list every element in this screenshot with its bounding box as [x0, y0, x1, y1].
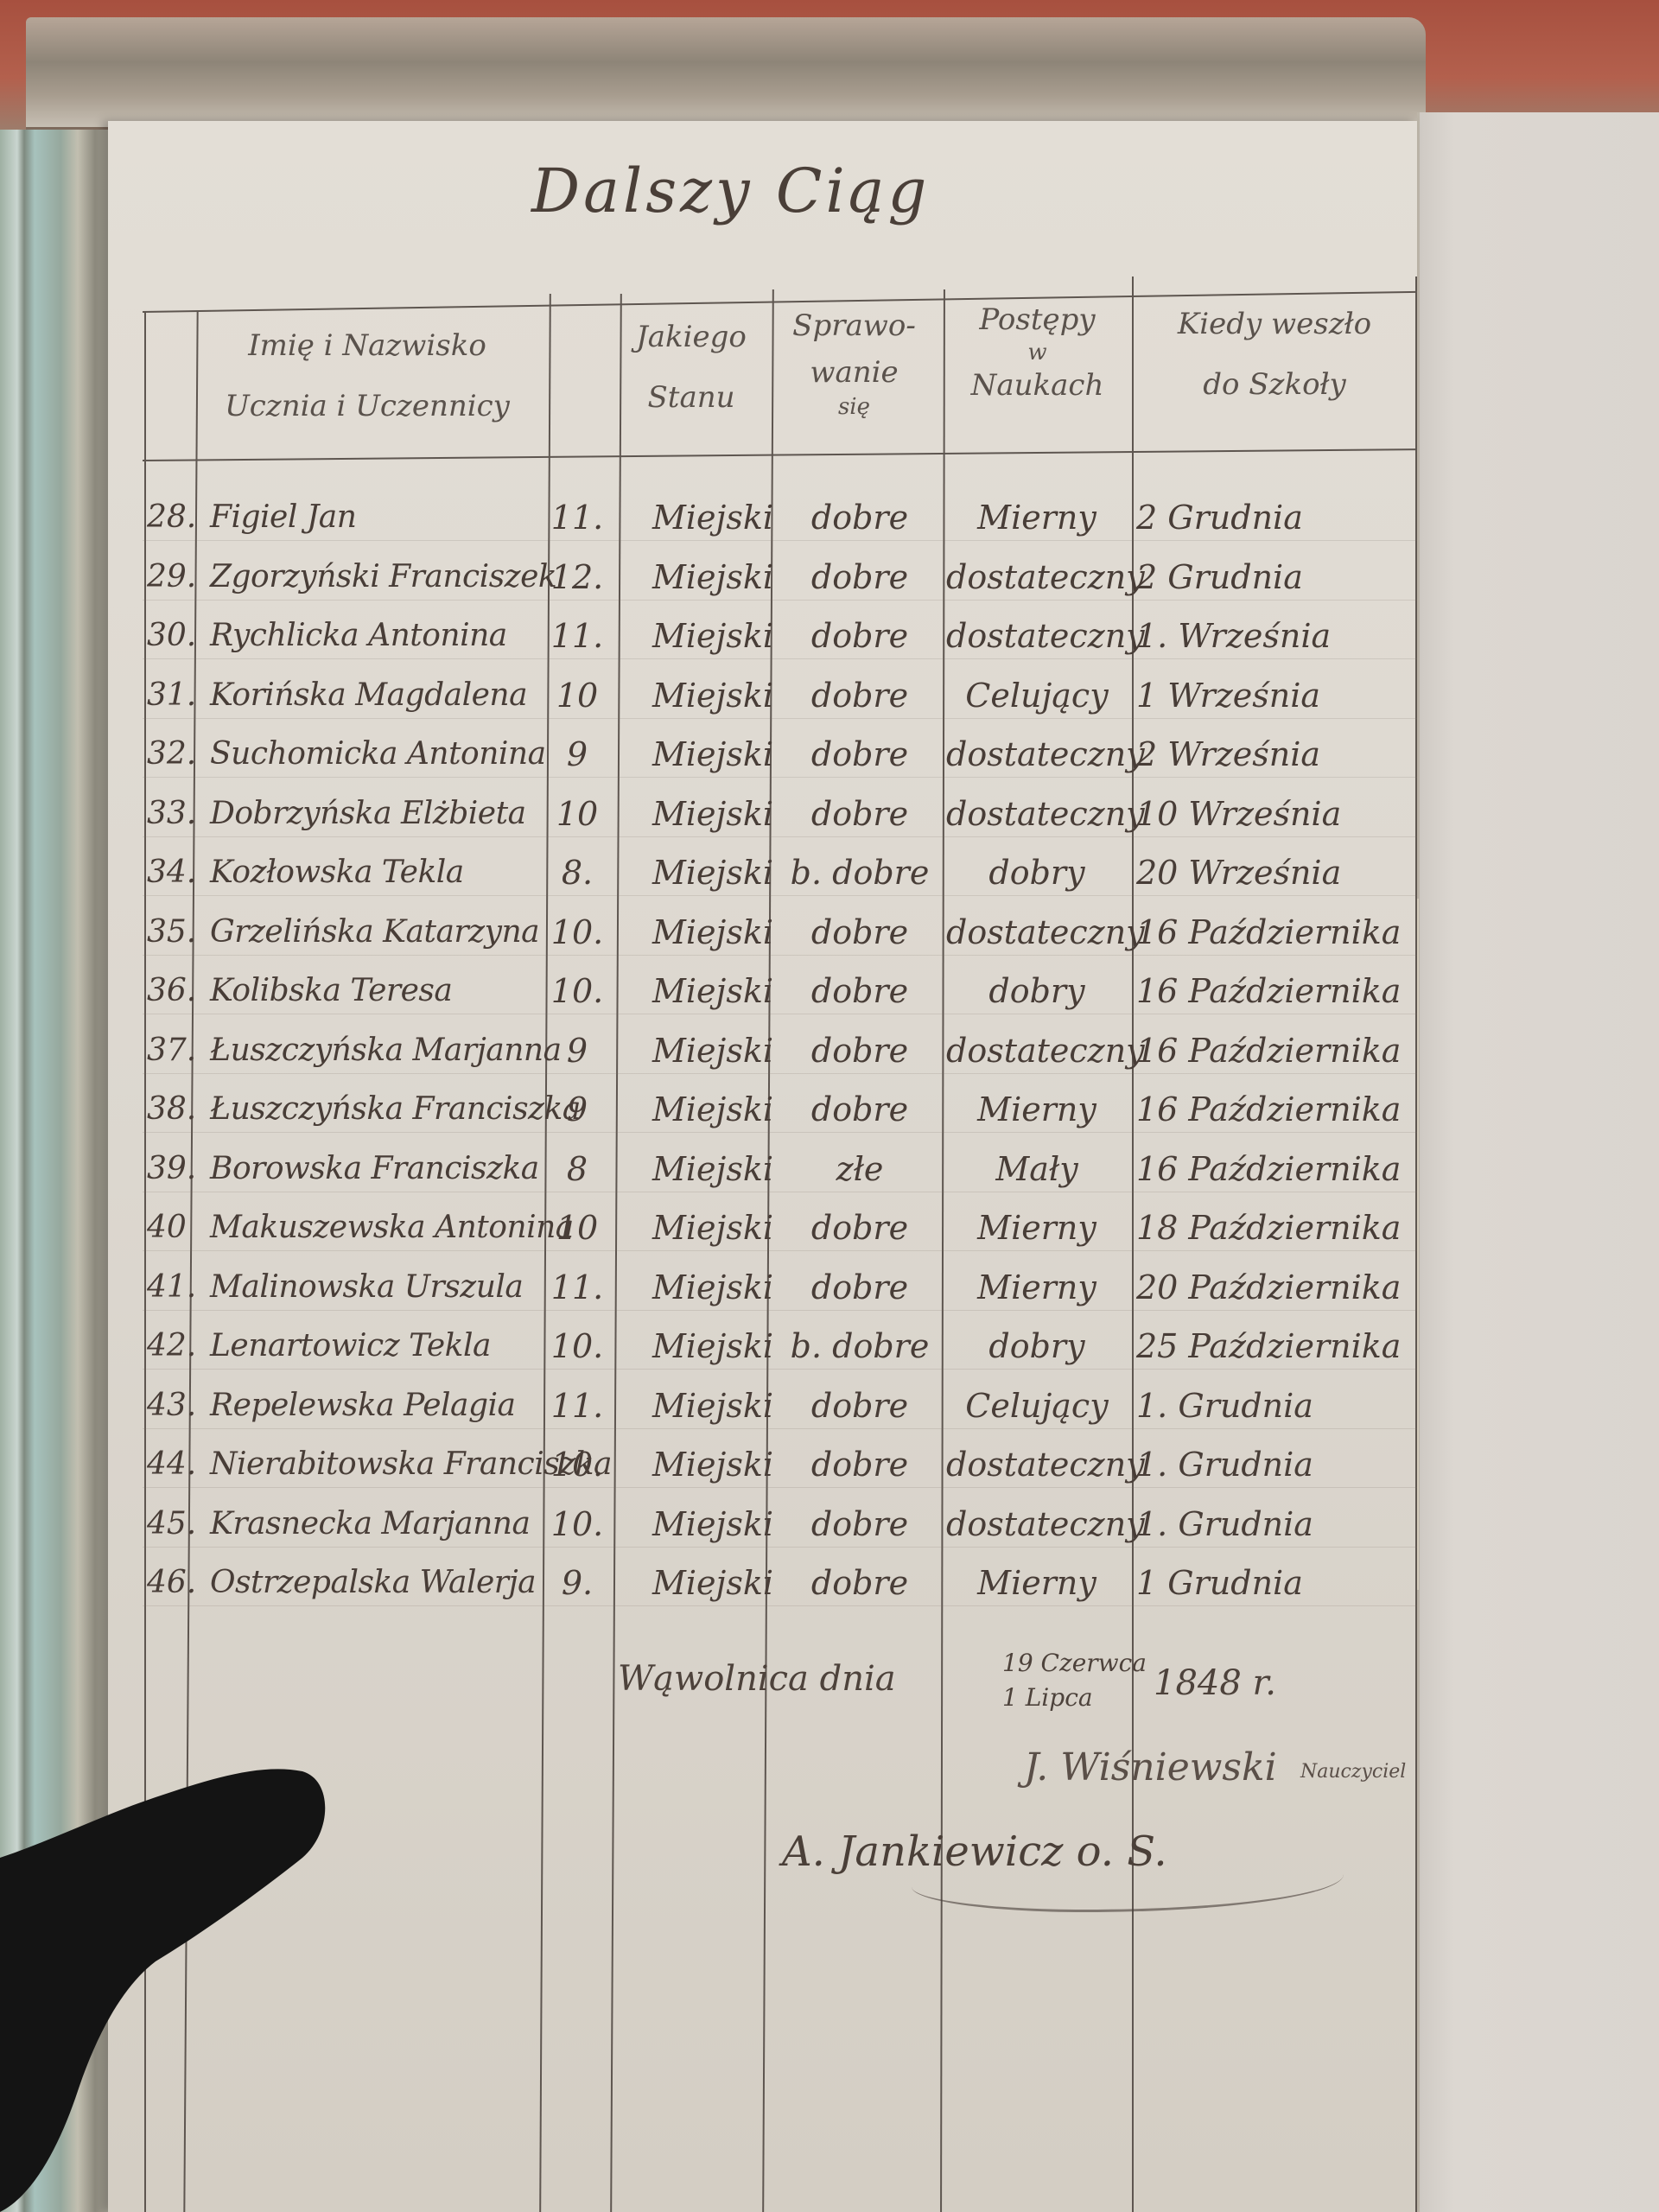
cell-name: Lenartowicz Tekla	[210, 1317, 694, 1376]
footer-year: 1848 r.	[1154, 1663, 1276, 1703]
cell-class: Miejski	[639, 1435, 786, 1494]
cell-entered: 18 Października	[1136, 1198, 1413, 1257]
cell-progress: Mierny	[946, 488, 1128, 547]
cell-age: 11.	[547, 1376, 607, 1435]
cell-no: 39.	[147, 1140, 207, 1198]
cell-class: Miejski	[639, 1021, 786, 1080]
torn-page-stack	[26, 17, 1426, 130]
binding-thread	[1417, 899, 1427, 1590]
table-row: 41.Malinowska Urszula11.MiejskidobreMier…	[108, 1258, 1417, 1317]
cell-progress: dostateczny	[946, 548, 1128, 607]
cell-class: Miejski	[639, 785, 786, 843]
cell-no: 44.	[147, 1435, 207, 1494]
cell-progress: Celujący	[946, 666, 1128, 725]
cell-age: 8.	[547, 843, 607, 902]
cell-entered: 2 Września	[1136, 725, 1413, 784]
cell-no: 40	[147, 1198, 207, 1257]
cell-class: Miejski	[639, 1080, 786, 1139]
table-row: 36.Kolibska Teresa10.Miejskidobredobry16…	[108, 962, 1417, 1020]
cell-entered: 2 Grudnia	[1136, 488, 1413, 547]
cell-name: Malinowska Urszula	[210, 1258, 694, 1317]
cell-progress: dobry	[946, 962, 1128, 1020]
cell-entered: 1 Września	[1136, 666, 1413, 725]
cell-name: Borowska Franciszka	[210, 1140, 694, 1198]
cell-no: 43.	[147, 1376, 207, 1435]
cell-class: Miejski	[639, 548, 786, 607]
signature-flourish	[912, 1849, 1344, 1912]
cell-age: 10.	[547, 962, 607, 1020]
cell-name: Figiel Jan	[210, 488, 694, 547]
cell-name: Korińska Magdalena	[210, 666, 694, 725]
cell-age: 10	[547, 1198, 607, 1257]
cell-no: 29.	[147, 548, 207, 607]
cell-progress: dostateczny	[946, 785, 1128, 843]
facing-blank-page	[1417, 112, 1659, 2212]
cell-entered: 1. Września	[1136, 607, 1413, 665]
cell-class: Miejski	[639, 962, 786, 1020]
header-entered: Kiedy weszło do Szkoły	[1136, 294, 1413, 415]
cell-name: Zgorzyński Franciszek	[210, 548, 694, 607]
cell-no: 28.	[147, 488, 207, 547]
cell-class: Miejski	[639, 725, 786, 784]
cell-name: Kozłowska Tekla	[210, 843, 694, 902]
cell-class: Miejski	[639, 903, 786, 962]
gloved-finger-icon	[0, 1763, 328, 2212]
cell-progress: dostateczny	[946, 725, 1128, 784]
cell-class: Miejski	[639, 1376, 786, 1435]
cell-behavior: dobre	[773, 1198, 946, 1257]
cell-no: 30.	[147, 607, 207, 665]
cell-no: 37.	[147, 1021, 207, 1080]
table-row: 30.Rychlicka Antonina11.Miejskidobredost…	[108, 607, 1417, 665]
cell-age: 8	[547, 1140, 607, 1198]
cell-name: Suchomicka Antonina	[210, 725, 694, 784]
cell-progress: Mierny	[946, 1258, 1128, 1317]
cell-behavior: złe	[773, 1140, 946, 1198]
header-name: Imię i Nazwisko Ucznia i Uczennicy	[194, 315, 540, 436]
cell-class: Miejski	[639, 1495, 786, 1554]
cell-behavior: dobre	[773, 488, 946, 547]
cell-age: 10.	[547, 1435, 607, 1494]
cell-behavior: dobre	[773, 785, 946, 843]
table-row: 39.Borowska Franciszka8MiejskizłeMały16 …	[108, 1140, 1417, 1198]
cell-name: Rychlicka Antonina	[210, 607, 694, 665]
cell-behavior: dobre	[773, 666, 946, 725]
cell-age: 9.	[547, 1554, 607, 1612]
table-row: 31.Korińska Magdalena10MiejskidobreCeluj…	[108, 666, 1417, 725]
table-row: 28.Figiel Jan11.MiejskidobreMierny2 Grud…	[108, 488, 1417, 547]
cell-entered: 20 Września	[1136, 843, 1413, 902]
cell-name: Repelewska Pelagia	[210, 1376, 694, 1435]
cell-entered: 16 Października	[1136, 1080, 1413, 1139]
header-behavior: Sprawo- wanie się	[770, 302, 938, 418]
cell-age: 10	[547, 666, 607, 725]
table-row: 35.Grzelińska Katarzyna10.Miejskidobredo…	[108, 903, 1417, 962]
cell-class: Miejski	[639, 1554, 786, 1612]
cell-class: Miejski	[639, 666, 786, 725]
cell-progress: Mały	[946, 1140, 1128, 1198]
cell-age: 9	[547, 1021, 607, 1080]
cell-age: 10	[547, 785, 607, 843]
cell-no: 42.	[147, 1317, 207, 1376]
cell-name: Łuszczyńska Franciszka	[210, 1080, 694, 1139]
cell-progress: dostateczny	[946, 607, 1128, 665]
table-row: 45.Krasnecka Marjanna10.Miejskidobredost…	[108, 1495, 1417, 1554]
cell-age: 10.	[547, 1495, 607, 1554]
cell-no: 38.	[147, 1080, 207, 1139]
table-row: 38.Łuszczyńska Franciszka9MiejskidobreMi…	[108, 1080, 1417, 1139]
cell-no: 36.	[147, 962, 207, 1020]
cell-entered: 16 Października	[1136, 903, 1413, 962]
cell-age: 12.	[547, 548, 607, 607]
footer-date-top: 19 Czerwca	[1002, 1649, 1147, 1677]
cell-name: Makuszewska Antonina	[210, 1198, 694, 1257]
cell-name: Łuszczyńska Marjanna	[210, 1021, 694, 1080]
cell-entered: 2 Grudnia	[1136, 548, 1413, 607]
cell-entered: 20 Października	[1136, 1258, 1413, 1317]
cell-age: 11.	[547, 607, 607, 665]
cell-behavior: dobre	[773, 1080, 946, 1139]
cell-age: 9	[547, 725, 607, 784]
footer-date-bottom: 1 Lipca	[1002, 1683, 1093, 1712]
header-bottom-rule	[143, 448, 1417, 461]
cell-behavior: dobre	[773, 1376, 946, 1435]
header-class: Jakiego Stanu	[618, 307, 765, 428]
table-row: 34.Kozłowska Tekla8.Miejskib. dobredobry…	[108, 843, 1417, 902]
cell-name: Ostrzepalska Walerja	[210, 1554, 694, 1612]
table-row: 29.Zgorzyński Franciszek12.Miejskidobred…	[108, 548, 1417, 607]
cell-no: 46.	[147, 1554, 207, 1612]
cell-behavior: b. dobre	[773, 1317, 946, 1376]
cell-entered: 10 Września	[1136, 785, 1413, 843]
teacher-signature: J. Wiśniewski	[1024, 1745, 1277, 1789]
cell-class: Miejski	[639, 607, 786, 665]
cell-entered: 16 Października	[1136, 1021, 1413, 1080]
cell-name: Grzelińska Katarzyna	[210, 903, 694, 962]
cell-no: 31.	[147, 666, 207, 725]
table-row: 33.Dobrzyńska Elżbieta10Miejskidobredost…	[108, 785, 1417, 843]
cell-age: 11.	[547, 1258, 607, 1317]
cell-no: 32.	[147, 725, 207, 784]
table-row: 43.Repelewska Pelagia11.MiejskidobreCelu…	[108, 1376, 1417, 1435]
table-row: 42.Lenartowicz Tekla10.Miejskib. dobredo…	[108, 1317, 1417, 1376]
header-progress: Postępy w Naukach	[944, 298, 1130, 407]
cell-age: 10.	[547, 1317, 607, 1376]
cell-name: Krasnecka Marjanna	[210, 1495, 694, 1554]
cell-class: Miejski	[639, 843, 786, 902]
cell-age: 11.	[547, 488, 607, 547]
cell-no: 41.	[147, 1258, 207, 1317]
cell-class: Miejski	[639, 1317, 786, 1376]
cell-entered: 16 Października	[1136, 1140, 1413, 1198]
cell-class: Miejski	[639, 1258, 786, 1317]
footer-place: Wąwolnica dnia	[618, 1659, 896, 1699]
teacher-role: Nauczyciel	[1300, 1761, 1406, 1783]
cell-entered: 25 Października	[1136, 1317, 1413, 1376]
cell-entered: 1. Grudnia	[1136, 1376, 1413, 1435]
cell-name: Dobrzyńska Elżbieta	[210, 785, 694, 843]
cell-progress: Mierny	[946, 1080, 1128, 1139]
cell-behavior: dobre	[773, 1258, 946, 1317]
cell-behavior: dobre	[773, 607, 946, 665]
cell-progress: dostateczny	[946, 1021, 1128, 1080]
cell-class: Miejski	[639, 1198, 786, 1257]
cell-progress: Celujący	[946, 1376, 1128, 1435]
table-row: 44.Nierabitowska Franciszka10.Miejskidob…	[108, 1435, 1417, 1494]
cell-entered: 1 Grudnia	[1136, 1554, 1413, 1612]
cell-entered: 1. Grudnia	[1136, 1495, 1413, 1554]
cell-behavior: dobre	[773, 1554, 946, 1612]
table-row: 37.Łuszczyńska Marjanna9Miejskidobredost…	[108, 1021, 1417, 1080]
cell-behavior: dobre	[773, 548, 946, 607]
table-row: 46.Ostrzepalska Walerja9.MiejskidobreMie…	[108, 1554, 1417, 1612]
cell-no: 35.	[147, 903, 207, 962]
cell-progress: Mierny	[946, 1554, 1128, 1612]
cell-progress: dostateczny	[946, 1495, 1128, 1554]
cell-no: 34.	[147, 843, 207, 902]
cell-progress: dostateczny	[946, 903, 1128, 962]
cell-behavior: dobre	[773, 962, 946, 1020]
cell-behavior: b. dobre	[773, 843, 946, 902]
cell-age: 9	[547, 1080, 607, 1139]
cell-no: 33.	[147, 785, 207, 843]
cell-class: Miejski	[639, 1140, 786, 1198]
cell-entered: 1. Grudnia	[1136, 1435, 1413, 1494]
cell-behavior: dobre	[773, 1495, 946, 1554]
cell-class: Miejski	[639, 488, 786, 547]
cell-behavior: dobre	[773, 1435, 946, 1494]
cell-behavior: dobre	[773, 1021, 946, 1080]
cell-entered: 16 Października	[1136, 962, 1413, 1020]
cell-behavior: dobre	[773, 725, 946, 784]
page-title: Dalszy Ciąg	[531, 156, 1136, 226]
cell-progress: dobry	[946, 1317, 1128, 1376]
cell-behavior: dobre	[773, 903, 946, 962]
table-row: 32.Suchomicka Antonina9Miejskidobredosta…	[108, 725, 1417, 784]
cell-name: Nierabitowska Franciszka	[210, 1435, 694, 1494]
table-row: 40Makuszewska Antonina10MiejskidobreMier…	[108, 1198, 1417, 1257]
cell-progress: Mierny	[946, 1198, 1128, 1257]
cell-no: 45.	[147, 1495, 207, 1554]
cell-progress: dobry	[946, 843, 1128, 902]
cell-name: Kolibska Teresa	[210, 962, 694, 1020]
cell-age: 10.	[547, 903, 607, 962]
cell-progress: dostateczny	[946, 1435, 1128, 1494]
